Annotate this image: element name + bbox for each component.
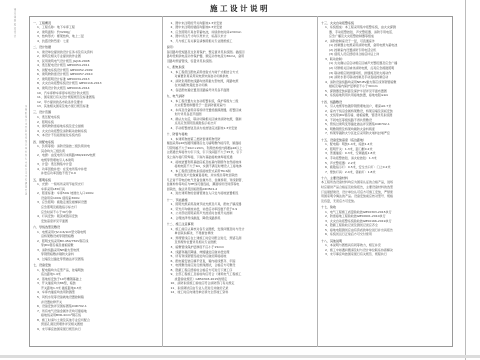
margin-vertical-note-top: 审定审核校对设计 [12, 8, 16, 63]
text-line: 7、桥架穿越防火分区处应采用防火堵料封堵严密 [321, 131, 451, 136]
sheet-bottom-edge-band [0, 355, 480, 358]
text-line: 12、竣工时应向建设单位移交全部竣工资料 [167, 290, 315, 295]
text-line: 4、合理选择导线截面，降低线路损耗 [167, 216, 315, 221]
text-line: 4、进出建筑物的金属管道在入口处与接地装置相连 [167, 191, 315, 196]
text-line: 4、抗震设防烈度：七度 [33, 39, 160, 44]
sheet-title: 施工设计说明 [0, 3, 480, 14]
text-line: 4、手动报警按钮及消火栓按钮底边距地1.3米安装 [167, 126, 315, 131]
notes-column-left: 一、工程概况1、工程名称：地下车库工程2、建筑面积：约3200㎡3、结构形式：框… [33, 21, 160, 347]
text-line: 6、系统试运行正常后方可交付使用 [321, 232, 451, 237]
drawing-sheet: 施工设计说明 审定审核校对设计 本图纸设计文件版权归设计单位所有未经许可不得翻印… [0, 0, 480, 360]
text-line: 3、各层配电箱位置及回路编号详见各平面图 [167, 88, 315, 93]
text-line: 回路均预留管线，容量详见系统图。 [167, 59, 315, 64]
text-line: 安装高度详见平面图 [33, 219, 160, 224]
text-line: 及容量，无误后方可安装。 [321, 199, 451, 204]
column-divider-left [162, 16, 163, 347]
sheet-outer-edge-line [465, 0, 466, 360]
text-line: 5、本设计不包括智能化系统内容 [33, 133, 160, 138]
text-line: 补偿后功率因数不低于0.9 [33, 171, 160, 176]
margin-vertical-note-mid: 本图纸设计文件版权归设计单位所有未经许可不得翻印复制 [23, 105, 27, 217]
text-line: 5、凡与施工有关事宜请参照相关专业图纸施工 [167, 39, 315, 44]
text-line: 13、其他相关国家及地方现行规范标准 [33, 104, 160, 109]
notes-column-right: 十三、火灾自动报警系统1、系统组成：本工程采用集中报警系统，由火灾探测器、手动报… [321, 21, 451, 347]
text-line: 4、过墙及过缝处穿管做法详见图集 [33, 257, 160, 262]
text-line: 3、未尽事宜均按国家现行有关规范、规程执行 [321, 252, 451, 257]
text-line: 7、壁装灯具：2.4米，镜前灯：1.8米 [321, 170, 451, 175]
notes-column-middle: 1、图中未注明的开关均距地1.3米安装2、图中未注明的插座均距地0.3米安装3、… [167, 21, 315, 347]
column-divider-right [317, 16, 318, 347]
text-line: 6、系统接地利用共用接地装置，接地电阻≤1Ω [321, 93, 451, 98]
text-line: 9、未尽事宜按国家现行规范执行 [33, 327, 160, 332]
